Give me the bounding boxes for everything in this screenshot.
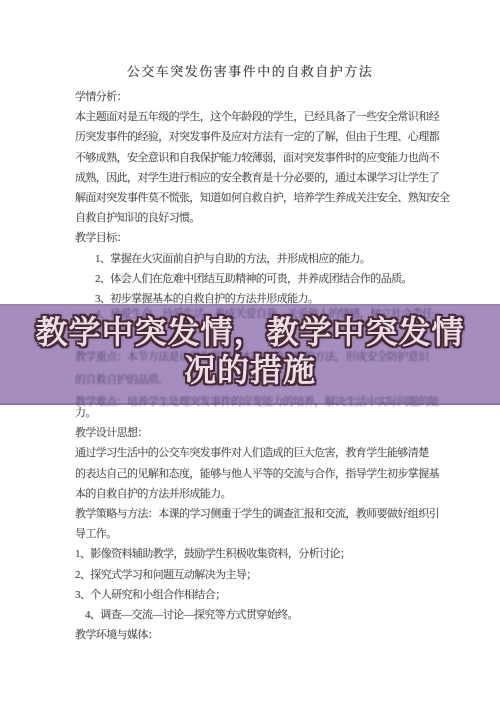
banner-title-line1: 教学中突发情，教学中突发情: [0, 313, 500, 351]
doc-line: 力。: [75, 403, 445, 423]
doc-line: 教学策略与方法：本课的学习侧重于学生的调查汇报和交流，教师要做好组织引: [75, 504, 445, 524]
document-top-section: 学情分析：本主题面对是五年级的学生，这个年龄段的学生，已经具备了一些安全常识和经…: [75, 87, 445, 309]
doc-line: 学情分析：: [75, 87, 445, 107]
document-page: 公交车突发伤害事件中的自救自护方法 学情分析：本主题面对是五年级的学生，这个年龄…: [0, 0, 500, 707]
document-bottom-section: 力。教学设计思想：通过学习生活中的公交车突发事件对人们造成的巨大危害，教育学生能…: [75, 403, 445, 645]
doc-line: 本主题面对是五年级的学生，这个年龄段的学生，已经具备了一些安全常识和经: [75, 107, 445, 127]
doc-line: 解面对突发事件莫不慌张，知道如何自救自护，培养学生养成关注安全、熟知安全: [75, 188, 445, 208]
doc-line: 的表达自己的见解和态度，能够与他人平等的交流与合作，指导学生初步掌握基: [75, 464, 445, 484]
doc-line: 导工作。: [75, 524, 445, 544]
doc-line: 自救自护知识的良好习惯。: [75, 208, 445, 228]
doc-line: 本的自救自护的方法并形成能力。: [75, 484, 445, 504]
banner-title-line2: 况的措施: [0, 351, 500, 389]
document-title: 公交车突发伤害事件中的自救自护方法: [0, 61, 500, 80]
doc-line: 2、体会人们在危难中团结互助精神的可贵，并养成团结合作的品质。: [75, 269, 445, 289]
doc-line: 1、影像资料辅助教学，鼓励学生积极收集资料，分析讨论；: [75, 544, 445, 564]
doc-line: 不够成熟，安全意识和自我保护能力较薄弱，面对突发事件时的应变能力也尚不: [75, 148, 445, 168]
doc-line: 2、探究式学习和问题互动解决为主导；: [75, 565, 445, 585]
banner-title: 教学中突发情，教学中突发情 况的措施: [0, 313, 500, 389]
doc-line: 4、调查—交流—讨论—探究等方式贯穿始终。: [75, 605, 445, 625]
doc-line: 教学环境与媒体：: [75, 625, 445, 645]
doc-line: 通过学习生活中的公交车突发事件对人们造成的巨大危害，教育学生能够清楚: [75, 443, 445, 463]
doc-line: 1、掌握在火灾面前自护与自助的方法，并形成相应的能力。: [75, 249, 445, 269]
doc-line: 教学设计思想：: [75, 423, 445, 443]
doc-line: 成熟，因此，对学生进行相应的安全教育是十分必要的，通过本课学习让学生了: [75, 168, 445, 188]
purple-banner: 4、珍爱生命，珍爱生活，养成关爱自我、关爱他人的情感，树立社会责任教学重点：本节…: [0, 304, 500, 405]
doc-line: 教学目标：: [75, 228, 445, 248]
doc-line: 3、个人研究和小组合作相结合；: [75, 585, 445, 605]
doc-line: 历突发事件的经验，对突发事件及应对方法有一定的了解，但由于生理、心理都: [75, 127, 445, 147]
